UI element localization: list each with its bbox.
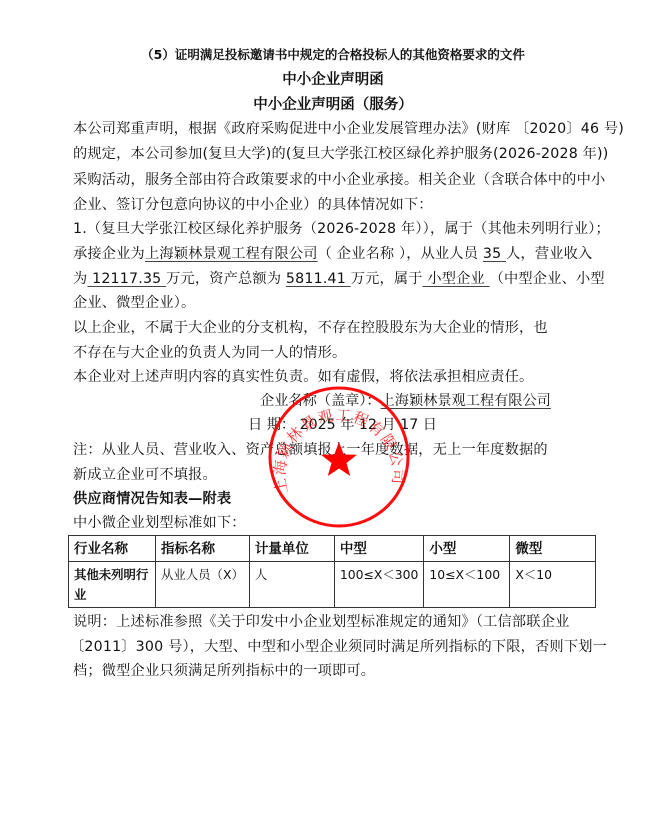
item1-line-3: 为 12117.35 万元，资产总额为 5811.41 万元，属于 小型企业 （… [73, 269, 605, 289]
company-name-field: 上海颖林景观工程有限公司 [145, 246, 318, 262]
revenue-prefix: 为 [73, 271, 87, 287]
category-field: 小型企业 [423, 271, 490, 287]
declaration-line-1: 本公司郑重声明，根据《政府采购促进中小企业发展管理办法》(财库 〔2020〕46… [73, 119, 624, 139]
category-suffix: （中型企业、小型 [490, 271, 605, 287]
date-label: 日 期： [248, 417, 295, 433]
date-value: 2025 年 12 月 17 日 [295, 417, 437, 433]
item1-line-4: 企业、微型企业）。 [73, 293, 195, 313]
explanation-line-3: 档；微型企业只须满足所列指标中的一项即可。 [73, 661, 375, 681]
statement-line-1: 以上企业，不属于大企业的分支机构，不存在控股股东为大企业的情形，也 [73, 318, 548, 338]
cell-unit: 人 [249, 562, 334, 608]
cell-indicator: 从业人员（X） [156, 562, 250, 608]
employees-suffix: 人，营业收入 [506, 246, 592, 262]
table-row: 其他未列明行业 从业人员（X） 人 100≤X＜300 10≤X＜100 X＜1… [69, 562, 596, 608]
revenue-suffix: 万元，资产总额为 [166, 271, 286, 287]
explanation-line-1: 说明：上述标准参照《关于印发中小企业划型标准规定的通知》（工信部联企业 [73, 612, 569, 632]
table-header-row: 行业名称 指标名称 计量单位 中型 小型 微型 [69, 536, 596, 562]
employees-field: 35 [483, 246, 506, 262]
header-micro: 微型 [510, 536, 596, 562]
contractor-prefix: 承接企业为 [73, 246, 145, 262]
note-line-2: 新成立企业可不填报。 [73, 465, 217, 485]
cell-micro: X＜10 [510, 562, 596, 608]
note-line-1: 注：从业人员、营业收入、资产总额填报上一年度数据，无上一年度数据的 [73, 440, 548, 460]
cell-industry: 其他未列明行业 [69, 562, 156, 608]
signature-date-row: 日 期： 2025 年 12 月 17 日 [248, 415, 437, 435]
item1-line-2: 承接企业为上海颖林景观工程有限公司（ 企业名称 ），从业人员 35 人，营业收入 [73, 244, 592, 264]
explanation-line-2: 〔2011〕300 号），大型、中型和小型企业须同时满足所列指标的下限，否则下划… [70, 637, 607, 657]
enterprise-classification-table: 行业名称 指标名称 计量单位 中型 小型 微型 其他未列明行业 从业人员（X） … [68, 535, 596, 608]
document-subtitle: 中小企业声明函（服务） [0, 95, 666, 115]
statement-line-2: 不存在与大企业的负责人为同一人的情形。 [73, 343, 346, 363]
document-title: 中小企业声明函 [0, 70, 666, 90]
assets-suffix: 万元，属于 [351, 271, 423, 287]
revenue-field: 12117.35 [87, 271, 166, 287]
declaration-line-3: 采购活动，服务全部由符合政策要求的中小企业承接。相关企业（含联合体中的中小 [73, 170, 605, 190]
declaration-line-2: 的规定，本公司参加(复旦大学)的(复旦大学张江校区绿化养护服务(2026-202… [73, 144, 609, 164]
header-small: 小型 [424, 536, 510, 562]
company-seal-label: 企业名称（盖章）： [260, 393, 381, 409]
item1-line-1: 1.（复旦大学张江校区绿化养护服务（2026-2028 年）），属于（其他未列明… [73, 219, 610, 239]
company-seal-value: 上海颖林景观工程有限公司 [381, 393, 551, 409]
section-subheading: （5）证明满足投标邀请书中规定的合格投标人的其他资格要求的文件 [0, 46, 666, 64]
header-indicator: 指标名称 [156, 536, 250, 562]
statement-line-3: 本企业对上述声明内容的真实性负责。如有虚假，将依法承担相应责任。 [73, 367, 533, 387]
cell-medium: 100≤X＜300 [334, 562, 424, 608]
signature-name-row: 企业名称（盖章）：上海颖林景观工程有限公司 [260, 391, 551, 411]
header-industry: 行业名称 [69, 536, 156, 562]
header-medium: 中型 [334, 536, 424, 562]
declaration-line-4: 企业、签订分包意向协议的中小企业）的具体情况如下： [73, 195, 433, 215]
appendix-title: 供应商情况告知表—附表 [73, 489, 231, 509]
header-unit: 计量单位 [249, 536, 334, 562]
appendix-intro: 中小微企业划型标准如下： [73, 513, 246, 533]
company-label: （ 企业名称 ），从业人员 [318, 246, 483, 262]
assets-field: 5811.41 [286, 271, 351, 287]
document-page: （5）证明满足投标邀请书中规定的合格投标人的其他资格要求的文件 中小企业声明函 … [0, 0, 666, 813]
cell-small: 10≤X＜100 [424, 562, 510, 608]
